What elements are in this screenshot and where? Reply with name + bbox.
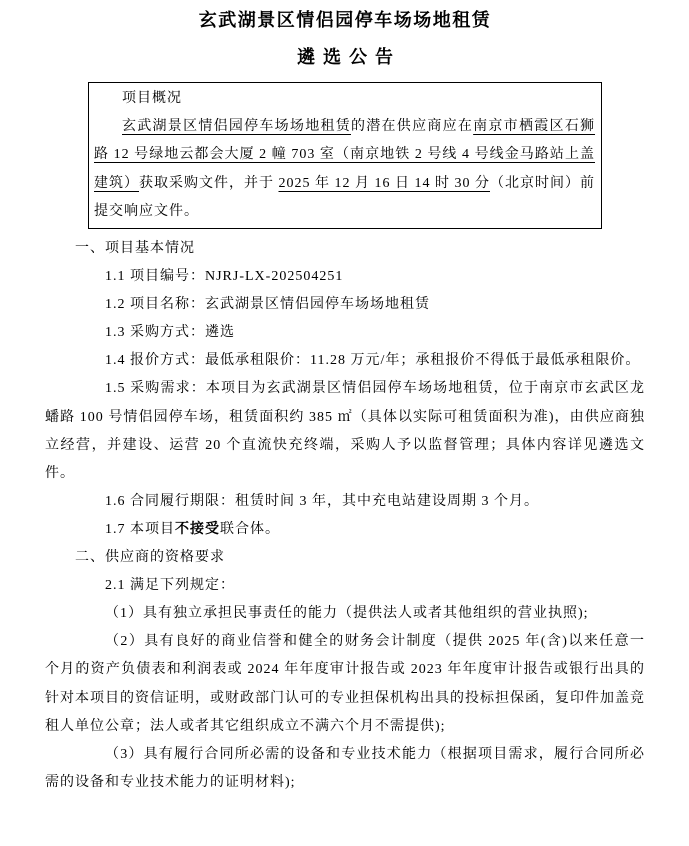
text-run: 1.5 采购需求：本项目为玄武湖景区情侣园停车场场地租赁，位于南京市玄武区龙蟠路… — [45, 381, 645, 480]
document-page: 玄武湖景区情侣园停车场场地租赁 遴选公告 项目概况 玄武湖景区情侣园停车场场地租… — [0, 0, 689, 846]
overview-heading: 项目概况 — [94, 85, 595, 113]
text-run: 联合体。 — [220, 522, 280, 537]
text-run: 1.7 本项目 — [105, 522, 175, 537]
text-run: 获取采购文件，并于 — [139, 176, 279, 191]
body-paragraph: （1）具有独立承担民事责任的能力（提供法人或者其他组织的营业执照); — [45, 600, 645, 628]
bold-text-run: 不接受 — [175, 522, 220, 537]
text-run: 1.1 项目编号：NJRJ-LX-202504251 — [105, 269, 343, 284]
body-paragraph: 1.1 项目编号：NJRJ-LX-202504251 — [45, 263, 645, 291]
text-run: 1.6 合同履行期限：租赁时间 3 年，其中充电站建设周期 3 个月。 — [105, 494, 539, 509]
body-paragraph: 1.4 报价方式：最低承租限价：11.28 万元/年；承租报价不得低于最低承租限… — [45, 347, 645, 375]
body-paragraph: 1.6 合同履行期限：租赁时间 3 年，其中充电站建设周期 3 个月。 — [45, 488, 645, 516]
underlined-text-run: 2025 年 12 月 16 日 14 时 30 分 — [279, 176, 491, 191]
body-paragraph: 1.2 项目名称：玄武湖景区情侣园停车场场地租赁 — [45, 291, 645, 319]
text-run: （3）具有履行合同所必需的设备和专业技术能力（根据项目需求，履行合同所必需的设备… — [45, 747, 645, 790]
body-paragraph: 1.7 本项目不接受联合体。 — [45, 516, 645, 544]
document-subtitle: 遴选公告 — [45, 45, 645, 70]
body-paragraph: （2）具有良好的商业信誉和健全的财务会计制度（提供 2025 年(含)以来任意一… — [45, 628, 645, 740]
body-paragraph: 1.3 采购方式：遴选 — [45, 319, 645, 347]
document-title: 玄武湖景区情侣园停车场场地租赁 — [45, 8, 645, 33]
underlined-text-run: 玄武湖景区情侣园停车场场地租赁 — [122, 119, 351, 134]
document-body: 一、项目基本情况1.1 项目编号：NJRJ-LX-2025042511.2 项目… — [45, 235, 645, 797]
text-run: 2.1 满足下列规定： — [105, 578, 235, 593]
overview-paragraph: 玄武湖景区情侣园停车场场地租赁的潜在供应商应在南京市栖霞区石狮路 12 号绿地云… — [94, 113, 595, 226]
project-overview-box: 项目概况 玄武湖景区情侣园停车场场地租赁的潜在供应商应在南京市栖霞区石狮路 12… — [88, 82, 602, 229]
text-run: 1.3 采购方式：遴选 — [105, 325, 235, 340]
text-run: 一、项目基本情况 — [75, 241, 195, 256]
section-heading: 一、项目基本情况 — [45, 235, 645, 263]
text-run: 1.4 报价方式：最低承租限价：11.28 万元/年；承租报价不得低于最低承租限… — [105, 353, 640, 368]
section-heading: 二、供应商的资格要求 — [45, 544, 645, 572]
text-run: 的潜在供应商应在 — [351, 119, 473, 134]
text-run: （2）具有良好的商业信誉和健全的财务会计制度（提供 2025 年(含)以来任意一… — [45, 634, 645, 733]
text-run: （1）具有独立承担民事责任的能力（提供法人或者其他组织的营业执照); — [105, 606, 589, 621]
body-paragraph: （3）具有履行合同所必需的设备和专业技术能力（根据项目需求，履行合同所必需的设备… — [45, 741, 645, 797]
body-paragraph: 2.1 满足下列规定： — [45, 572, 645, 600]
text-run: 1.2 项目名称：玄武湖景区情侣园停车场场地租赁 — [105, 297, 430, 312]
text-run: 二、供应商的资格要求 — [75, 550, 225, 565]
body-paragraph: 1.5 采购需求：本项目为玄武湖景区情侣园停车场场地租赁，位于南京市玄武区龙蟠路… — [45, 375, 645, 487]
